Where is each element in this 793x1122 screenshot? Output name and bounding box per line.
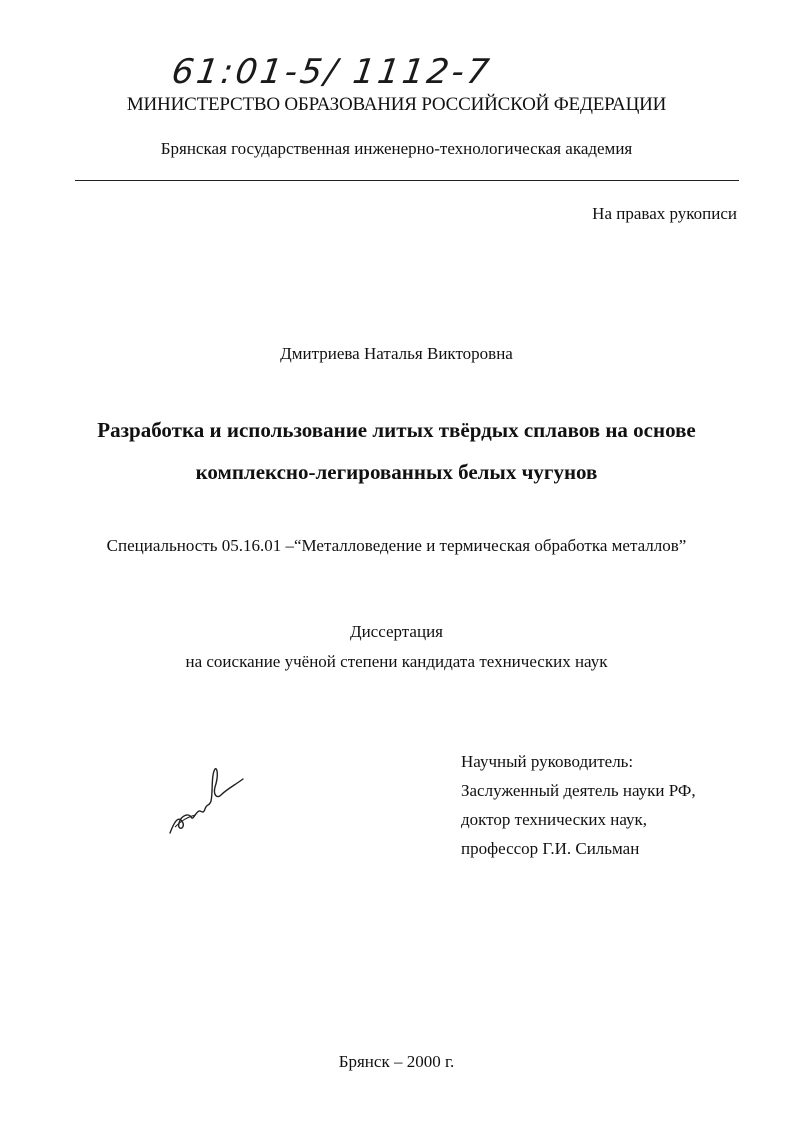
ministry-heading: МИНИСТЕРСТВО ОБРАЗОВАНИЯ РОССИЙСКОЙ ФЕДЕ… [0,94,793,116]
handwritten-archive-number: 61:01-5/ 1112-7 [169,52,494,92]
dissertation-label: Диссертация [0,617,793,647]
academy-name: Брянская государственная инженерно-техно… [0,139,793,159]
author-name: Дмитриева Наталья Викторовна [0,344,793,364]
degree-line: на соискание учёной степени кандидата те… [0,647,793,677]
advisor-degree: доктор технических наук, [461,805,696,834]
specialty-line: Специальность 05.16.01 –“Металловедение … [0,536,793,556]
advisor-honor: Заслуженный деятель науки РФ, [461,776,696,805]
title-line-2: комплексно-легированных белых чугунов [0,451,793,493]
advisor-label: Научный руководитель: [461,747,696,776]
signature-icon [165,765,245,840]
rights-note: На правах рукописи [592,204,737,224]
dissertation-block: Диссертация на соискание учёной степени … [0,617,793,677]
advisor-name: профессор Г.И. Сильман [461,834,696,863]
header-divider [75,180,739,181]
advisor-block: Научный руководитель: Заслуженный деятел… [461,747,696,863]
title-line-1: Разработка и использование литых твёрдых… [0,409,793,451]
dissertation-title: Разработка и использование литых твёрдых… [0,409,793,493]
city-year: Брянск – 2000 г. [0,1052,793,1072]
